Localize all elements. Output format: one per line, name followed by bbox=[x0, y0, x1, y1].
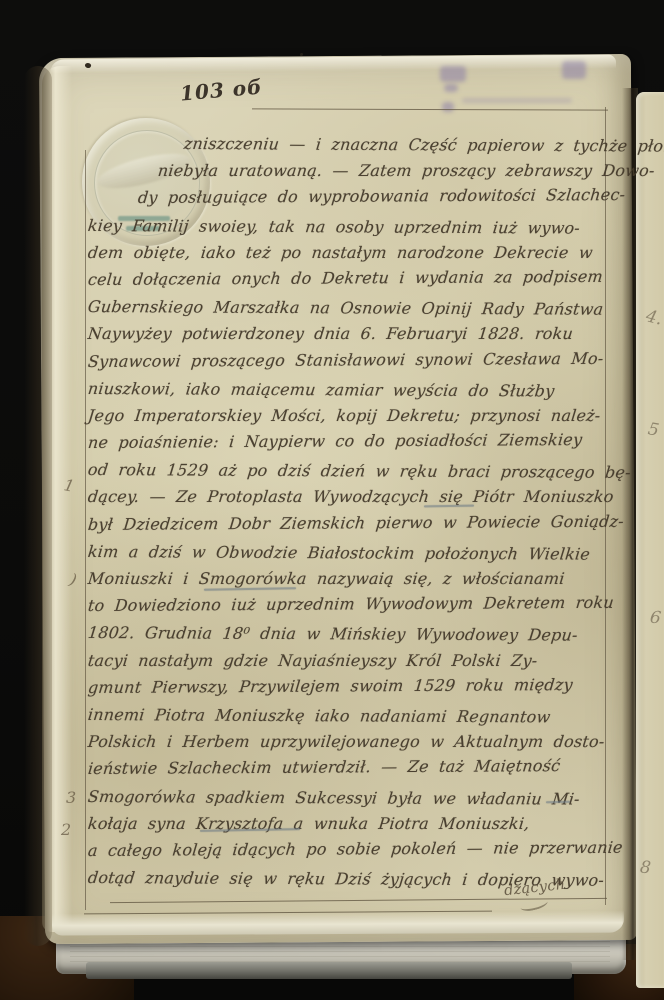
manuscript-line: niuszkowi, iako maiącemu zamiar weyścia … bbox=[87, 375, 610, 405]
violet-stamp-residue bbox=[440, 66, 466, 82]
manuscript-line: a całego koleją idących po sobie pokoleń… bbox=[87, 834, 610, 864]
manuscript-line: był Dziedzicem Dobr Ziemskich pierwo w P… bbox=[87, 507, 610, 537]
manuscript-line: dy posługuiące do wyprobowania rodowitoś… bbox=[137, 182, 610, 212]
manuscript-line: niebyła uratowaną. — Zatem proszący zebr… bbox=[157, 157, 610, 184]
photo-background: 4. 5 6 8 103 об zniszczeniu — i znaczna … bbox=[0, 0, 664, 1000]
violet-stamp-residue bbox=[442, 102, 454, 112]
manuscript-line: to Dowiedziono iuż uprzednim Wywodowym D… bbox=[87, 589, 610, 619]
manuscript-line: Smogorówka spadkiem Sukcessyi była we wł… bbox=[87, 783, 610, 813]
manuscript-line: kołaja syna Krzysztofa a wnuka Piotra Mo… bbox=[87, 810, 610, 837]
manuscript-line: od roku 1529 aż po dziś dzień w ręku bra… bbox=[87, 456, 610, 486]
violet-stamp-residue bbox=[462, 98, 572, 103]
adjacent-page-sliver bbox=[636, 92, 664, 988]
violet-stamp-residue bbox=[444, 84, 458, 92]
manuscript-line: ieństwie Szlacheckim utwierdził. — Ze ta… bbox=[87, 752, 610, 782]
manuscript-line: dącey. — Ze Protoplasta Wywodzących się … bbox=[87, 483, 610, 510]
manuscript-line: Synawcowi proszącego Stanisławowi synowi… bbox=[87, 344, 610, 374]
book-spine-shadow bbox=[24, 66, 52, 946]
manuscript-line: zniszczeniu — i znaczna Część papierow z… bbox=[183, 130, 610, 159]
manuscript-line: Polskich i Herbem uprzywilejowanego w Ak… bbox=[87, 728, 610, 755]
manuscript-line: gmunt Pierwszy, Przywilejem swoim 1529 r… bbox=[87, 671, 610, 701]
margin-mark: 2 bbox=[61, 820, 71, 839]
manuscript-line: kiey Familij swoiey, tak na osoby uprzed… bbox=[87, 212, 610, 242]
manuscript-line: Moniuszki i Smogorówka nazywaią się, z w… bbox=[87, 565, 610, 592]
violet-stamp-residue bbox=[562, 61, 586, 79]
manuscript-line: innemi Piotra Moniuszkę iako nadaniami R… bbox=[87, 701, 610, 731]
manuscript-line: kim a dziś w Obwodzie Białostockim położ… bbox=[87, 538, 610, 568]
page-deckle-edge-bottom bbox=[52, 911, 624, 936]
manuscript-line: Jego Imperatorskiey Mości, kopij Dekretu… bbox=[87, 402, 610, 429]
manuscript-line: 1802. Grudnia 18⁰ dnia w Mińskiey Wywodo… bbox=[87, 619, 610, 649]
pencil-underline bbox=[546, 801, 570, 803]
manuscript-line: dem obięte, iako też po nastałym narodzo… bbox=[87, 239, 610, 266]
manuscript-text: zniszczeniu — i znaczna Część papierow z… bbox=[88, 130, 608, 891]
manuscript-line: celu dołączenia onych do Dekretu i wydan… bbox=[87, 263, 610, 293]
manuscript-line: tacyi nastałym gdzie Nayiaśnieyszy Król … bbox=[87, 647, 610, 674]
shadowed-page-stack bbox=[86, 962, 572, 979]
manuscript-line: ne poiaśnienie: i Naypierw co do posiadł… bbox=[87, 426, 610, 456]
adjacent-page-mark: 8 bbox=[639, 857, 652, 878]
manuscript-line: Naywyżey potwierdzoney dnia 6. Februaryi… bbox=[87, 320, 610, 347]
margin-mark: 3 bbox=[66, 788, 76, 807]
manuscript-line: Gubernskiego Marszałka na Osnowie Opinij… bbox=[87, 293, 610, 323]
